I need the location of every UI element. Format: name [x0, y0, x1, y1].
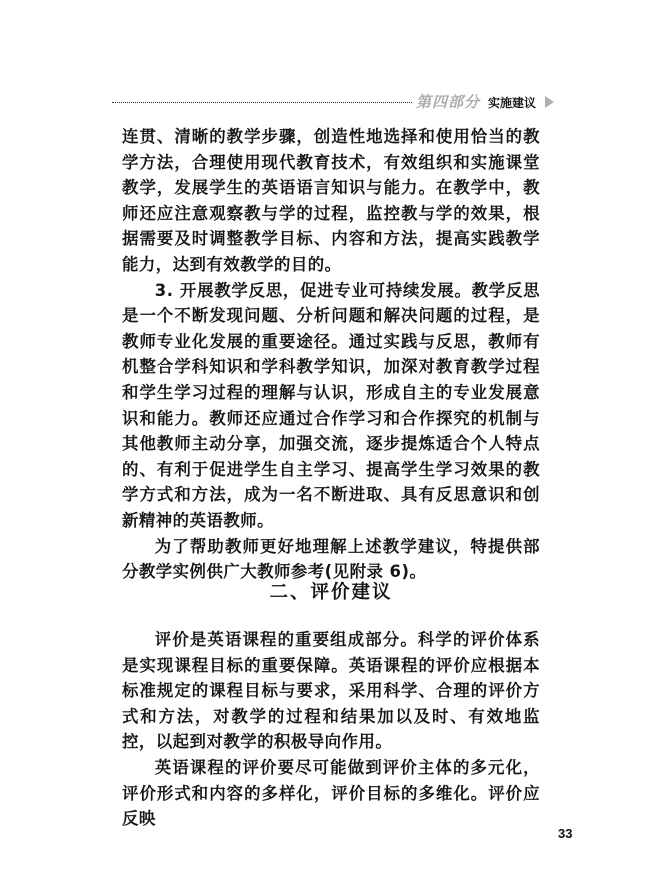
paragraph-evaluation-intro: 评价是英语课程的重要组成部分。科学的评价体系是实现课程目标的重要保障。英语课程的… [122, 627, 540, 755]
paragraph-evaluation-diversity: 英语课程的评价要尽可能做到评价主体的多元化，评价形式和内容的多样化，评价目标的多… [122, 755, 540, 832]
header-part-label: 第四部分 [416, 92, 480, 112]
paragraph-appendix-reference: 为了帮助教师更好地理解上述教学建议，特提供部分教学实例供广大教师参考(见附录 6… [122, 534, 540, 585]
header-section-label: 实施建议 [488, 94, 536, 112]
section-heading: 二、评价建议 [122, 578, 540, 608]
body-text-top: 连贯、清晰的教学步骤，创造性地选择和使用恰当的教学方法，合理使用现代教育技术，有… [122, 124, 540, 585]
page-number: 33 [558, 826, 572, 841]
paragraph-continuation: 连贯、清晰的教学步骤，创造性地选择和使用恰当的教学方法，合理使用现代教育技术，有… [122, 124, 540, 278]
triangle-right-icon [545, 96, 554, 108]
header-dotted-rule [112, 102, 412, 103]
body-text-bottom: 评价是英语课程的重要组成部分。科学的评价体系是实现课程目标的重要保障。英语课程的… [122, 627, 540, 832]
paragraph-teaching-reflection: 3. 开展教学反思，促进专业可持续发展。教学反思是一个不断发现问题、分析问题和解… [122, 278, 540, 534]
running-header: 第四部分 实施建议 [112, 92, 558, 112]
